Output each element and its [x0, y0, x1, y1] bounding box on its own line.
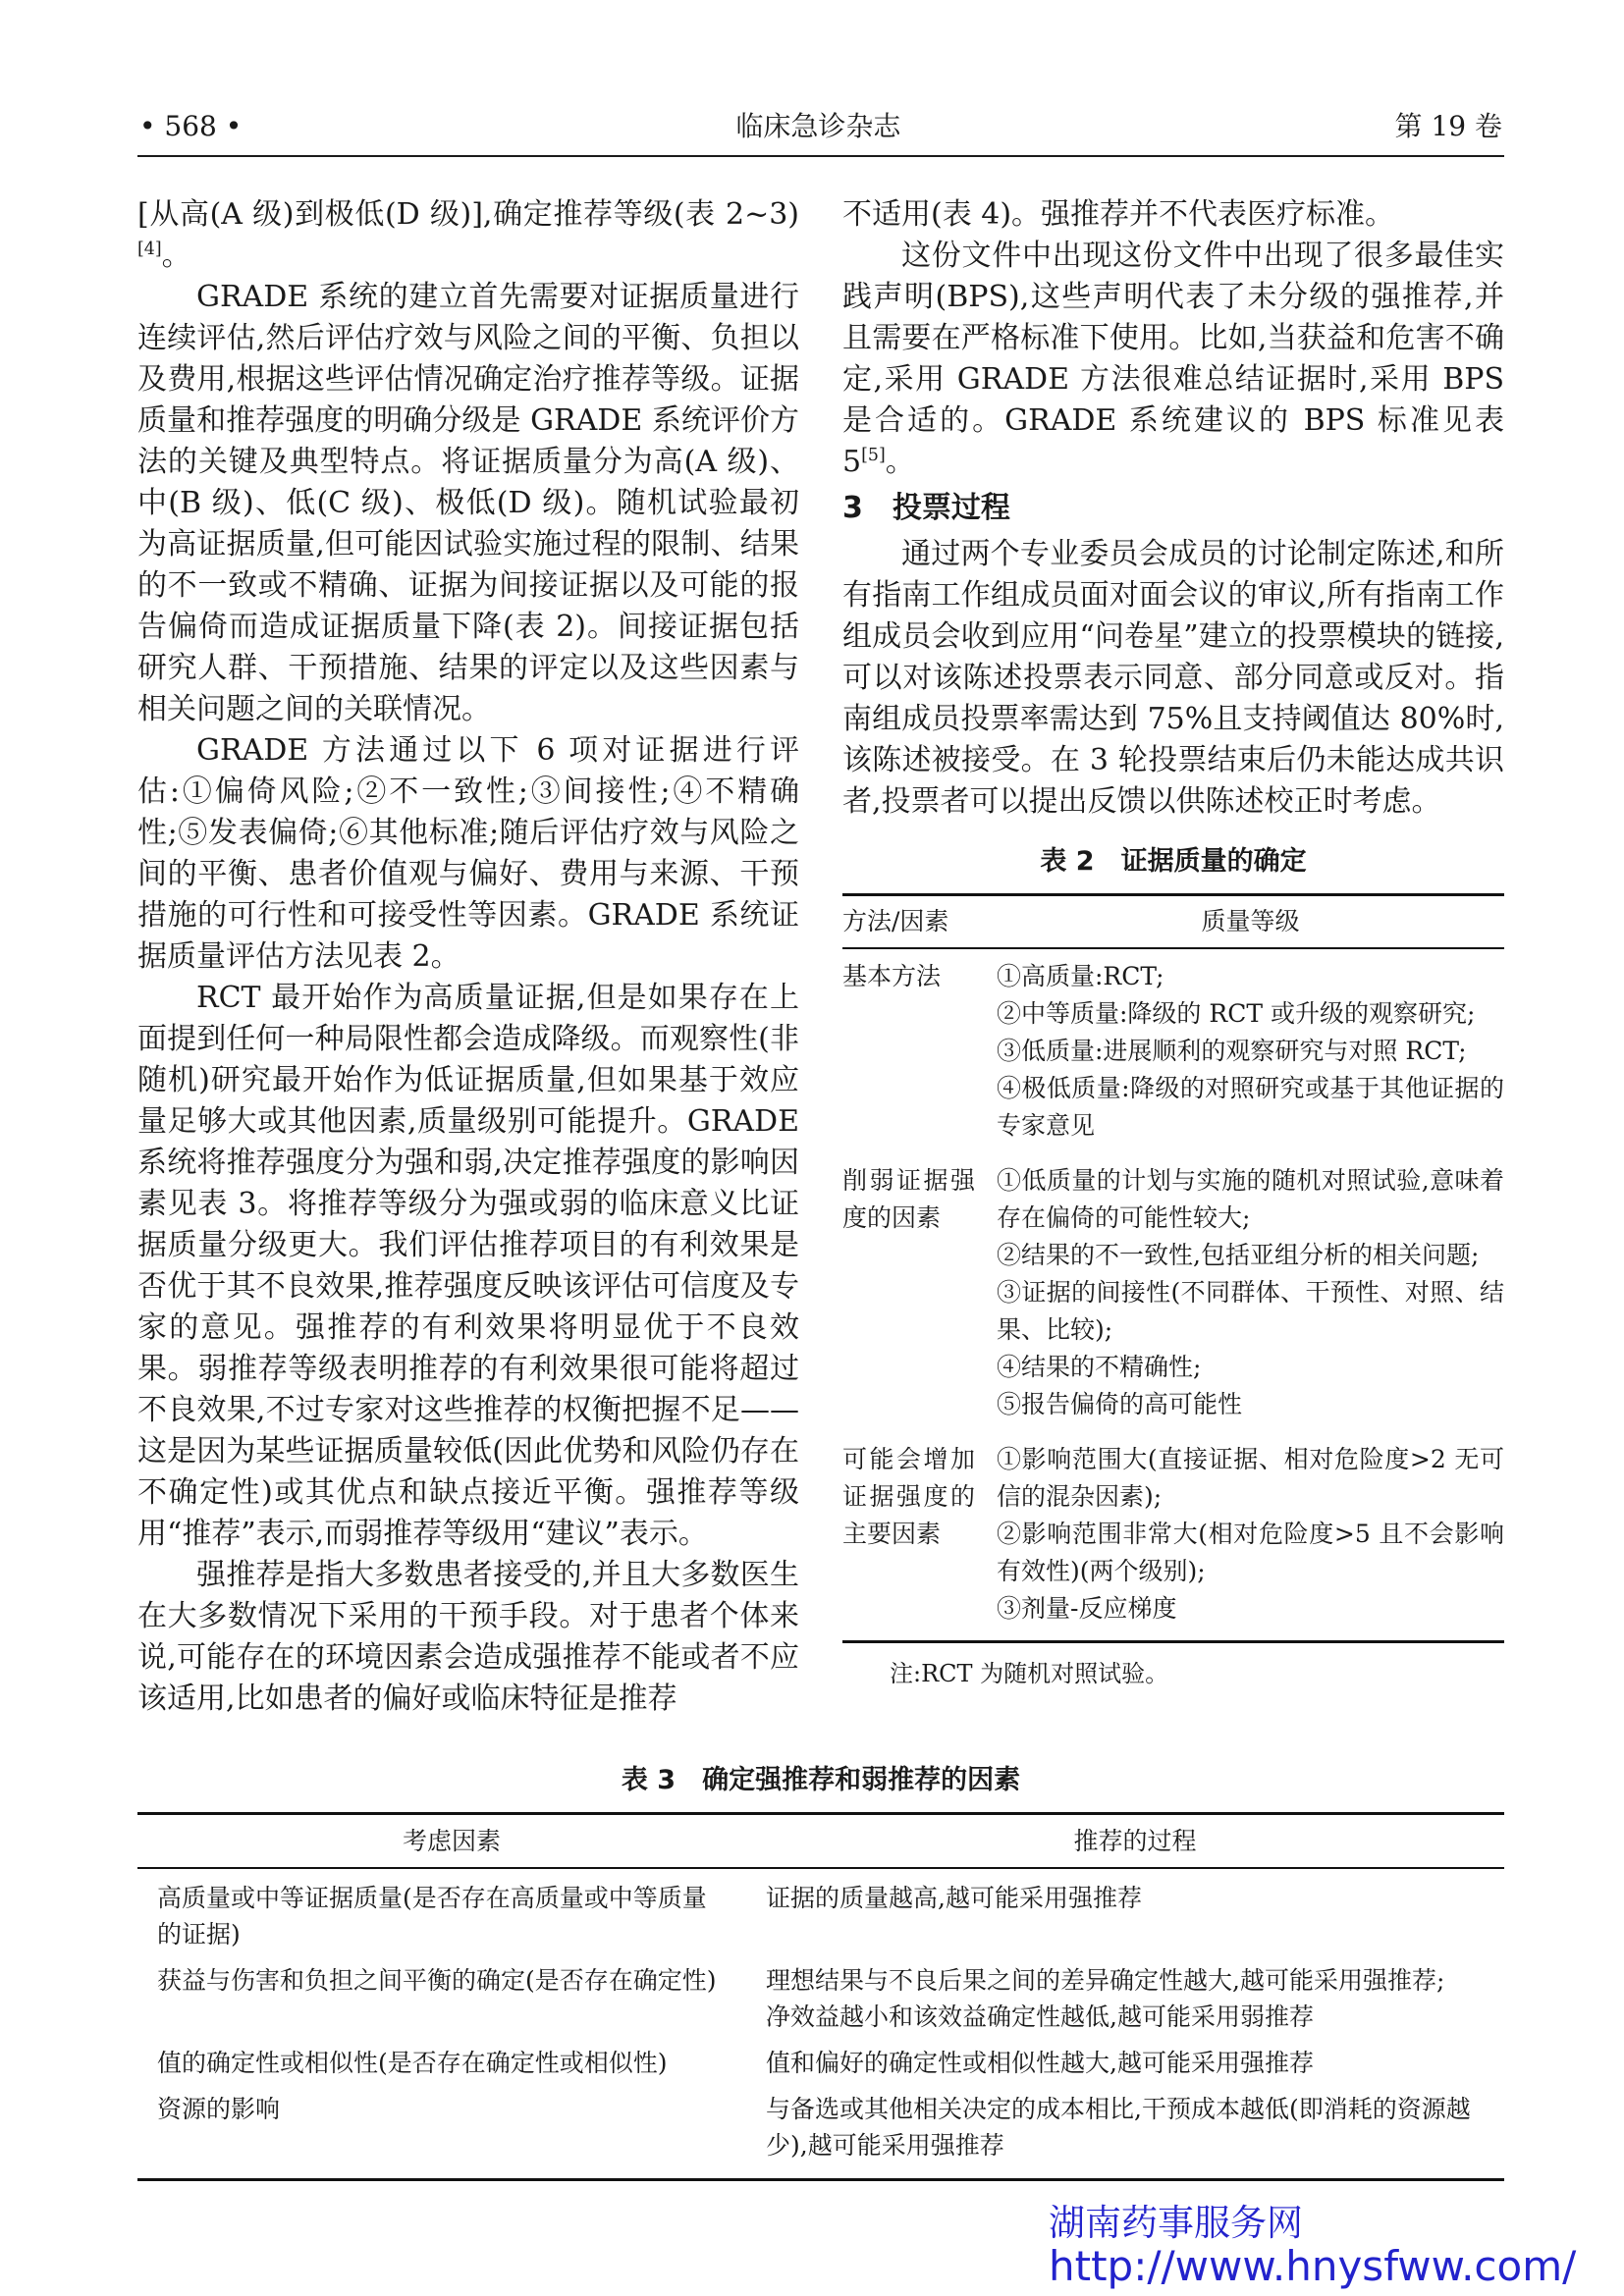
table-3-title: 表 3 确定强推荐和弱推荐的因素	[137, 1765, 1504, 1796]
process-line: 证据的质量越高,越可能采用强推荐	[766, 1880, 1504, 1916]
table-cell-items: ①低质量的计划与实施的随机对照试验,意味着存在偏倚的可能性较大; ②结果的不一致…	[997, 1162, 1504, 1423]
table-row: 值的确定性或相似性(是否存在确定性或相似性) 值和偏好的确定性或相似性越大,越可…	[137, 2040, 1504, 2086]
process-line: 理想结果与不良后果之间的差异确定性越大,越可能采用强推荐;	[766, 1962, 1504, 1999]
list-item: ⑤报告偏倚的高可能性	[997, 1386, 1504, 1423]
running-header: • 568 • 临床急诊杂志 第 19 卷	[137, 110, 1504, 157]
paragraph-text: [从高(A 级)到极低(D 级)],确定推荐等级(表 2~3)	[137, 197, 799, 232]
paragraph-text: 。	[886, 445, 915, 479]
table-2-header-quality: 质量等级	[997, 903, 1504, 940]
table-cell-factor: 资源的影响	[137, 2091, 766, 2163]
table-evidence-quality: 表 2 证据质量的确定 方法/因素 质量等级 基本方法 ①高质量:RCT; ②中…	[842, 846, 1504, 1690]
list-item: ①高质量:RCT;	[997, 958, 1504, 995]
citation-ref: [4]	[137, 240, 162, 259]
table-3-header-process: 推荐的过程	[766, 1823, 1504, 1859]
list-item: ③证据的间接性(不同群体、干预性、对照、结果、比较);	[997, 1274, 1504, 1349]
list-item: ②结果的不一致性,包括亚组分析的相关问题;	[997, 1237, 1504, 1274]
table-row: 可能会增加证据强度的主要因素 ①影响范围大(直接证据、相对危险度>2 无可信的混…	[842, 1432, 1504, 1636]
right-column: 不适用(表 4)。强推荐并不代表医疗标准。 这份文件中出现这份文件中出现了很多最…	[842, 194, 1504, 1720]
table-cell-label: 削弱证据强度的因素	[842, 1162, 975, 1423]
journal-page: • 568 • 临床急诊杂志 第 19 卷 [从高(A 级)到极低(D 级)],…	[0, 0, 1624, 2296]
list-item: ①影响范围大(直接证据、相对危险度>2 无可信的混杂因素);	[997, 1441, 1504, 1516]
table-cell-items: ①影响范围大(直接证据、相对危险度>2 无可信的混杂因素); ②影响范围非常大(…	[997, 1441, 1504, 1628]
list-item: ③剂量-反应梯度	[997, 1590, 1504, 1628]
two-column-body: [从高(A 级)到极低(D 级)],确定推荐等级(表 2~3)[4]。 GRAD…	[137, 194, 1504, 1720]
table-cell-label: 可能会增加证据强度的主要因素	[842, 1441, 975, 1628]
table-recommendation-factors: 表 3 确定强推荐和弱推荐的因素 考虑因素 推荐的过程 高质量或中等证据质量(是…	[137, 1765, 1504, 2181]
watermark-site-url: http://www.hnysfww.com/	[1049, 2243, 1576, 2289]
table-cell-process: 与备选或其他相关决定的成本相比,干预成本越低(即消耗的资源越少),越可能采用强推…	[766, 2091, 1504, 2163]
paragraph-text: 这份文件中出现这份文件中出现了很多最佳实践声明(BPS),这些声明代表了未分级的…	[842, 239, 1504, 479]
list-item: ③低质量:进展顺利的观察研究与对照 RCT;	[997, 1033, 1504, 1070]
table-cell-items: ①高质量:RCT; ②中等质量:降级的 RCT 或升级的观察研究; ③低质量:进…	[997, 958, 1504, 1145]
journal-title: 临床急诊杂志	[735, 110, 900, 143]
table-cell-process: 证据的质量越高,越可能采用强推荐	[766, 1880, 1504, 1952]
footer-watermark: 湖南药事服务网 http://www.hnysfww.com/	[1049, 2203, 1576, 2289]
paragraph: 强推荐是指大多数患者接受的,并且大多数医生在大多数情况下采用的干预手段。对于患者…	[137, 1555, 799, 1720]
table-row: 资源的影响 与备选或其他相关决定的成本相比,干预成本越低(即消耗的资源越少),越…	[137, 2086, 1504, 2168]
table-cell-process: 理想结果与不良后果之间的差异确定性越大,越可能采用强推荐; 净效益越小和该效益确…	[766, 1962, 1504, 2035]
page-number: • 568 •	[139, 110, 242, 143]
list-item: ②中等质量:降级的 RCT 或升级的观察研究;	[997, 995, 1504, 1033]
table-3-header-row: 考虑因素 推荐的过程	[137, 1812, 1504, 1869]
list-item: ④极低质量:降级的对照研究或基于其他证据的专家意见	[997, 1070, 1504, 1145]
page-content: • 568 • 临床急诊杂志 第 19 卷 [从高(A 级)到极低(D 级)],…	[137, 110, 1504, 2181]
process-line: 值和偏好的确定性或相似性越大,越可能采用强推荐	[766, 2045, 1504, 2081]
table-cell-factor: 高质量或中等证据质量(是否存在高质量或中等质量的证据)	[137, 1880, 766, 1952]
table-2-header-method: 方法/因素	[842, 903, 975, 940]
table-3-body: 高质量或中等证据质量(是否存在高质量或中等质量的证据) 证据的质量越高,越可能采…	[137, 1869, 1504, 2181]
table-2-header-row: 方法/因素 质量等级	[842, 893, 1504, 949]
list-item: ①低质量的计划与实施的随机对照试验,意味着存在偏倚的可能性较大;	[997, 1162, 1504, 1237]
process-line: 净效益越小和该效益确定性越低,越可能采用弱推荐	[766, 1999, 1504, 2035]
process-line: 与备选或其他相关决定的成本相比,干预成本越低(即消耗的资源越少),越可能采用强推…	[766, 2091, 1504, 2163]
table-row: 削弱证据强度的因素 ①低质量的计划与实施的随机对照试验,意味着存在偏倚的可能性较…	[842, 1153, 1504, 1432]
paragraph-continuation: [从高(A 级)到极低(D 级)],确定推荐等级(表 2~3)[4]。	[137, 194, 799, 277]
table-2-title: 表 2 证据质量的确定	[842, 846, 1504, 878]
volume-label: 第 19 卷	[1395, 110, 1502, 143]
left-column: [从高(A 级)到极低(D 级)],确定推荐等级(表 2~3)[4]。 GRAD…	[137, 194, 799, 1720]
paragraph-continuation: 不适用(表 4)。强推荐并不代表医疗标准。	[842, 194, 1504, 236]
paragraph: GRADE 方法通过以下 6 项对证据进行评估:①偏倚风险;②不一致性;③间接性…	[137, 730, 799, 978]
paragraph: RCT 最开始作为高质量证据,但是如果存在上面提到任何一种局限性都会造成降级。而…	[137, 978, 799, 1555]
paragraph: 这份文件中出现这份文件中出现了很多最佳实践声明(BPS),这些声明代表了未分级的…	[842, 236, 1504, 483]
list-item: ②影响范围非常大(相对危险度>5 且不会影响有效性)(两个级别);	[997, 1516, 1504, 1590]
table-2-note: 注:RCT 为随机对照试验。	[842, 1657, 1504, 1690]
table-cell-factor: 值的确定性或相似性(是否存在确定性或相似性)	[137, 2045, 766, 2081]
table-3-header-factor: 考虑因素	[137, 1823, 766, 1859]
table-cell-label: 基本方法	[842, 958, 975, 1145]
paragraph-text: 。	[162, 239, 191, 273]
paragraph: GRADE 系统的建立首先需要对证据质量进行连续评估,然后评估疗效与风险之间的平…	[137, 277, 799, 730]
table-2-body: 基本方法 ①高质量:RCT; ②中等质量:降级的 RCT 或升级的观察研究; ③…	[842, 949, 1504, 1643]
table-cell-factor: 获益与伤害和负担之间平衡的确定(是否存在确定性)	[137, 1962, 766, 2035]
watermark-site-name: 湖南药事服务网	[1049, 2203, 1576, 2243]
table-row: 基本方法 ①高质量:RCT; ②中等质量:降级的 RCT 或升级的观察研究; ③…	[842, 949, 1504, 1153]
paragraph: 通过两个专业委员会成员的讨论制定陈述,和所有指南工作组成员面对面会议的审议,所有…	[842, 534, 1504, 823]
table-cell-process: 值和偏好的确定性或相似性越大,越可能采用强推荐	[766, 2045, 1504, 2081]
citation-ref: [5]	[861, 446, 886, 465]
list-item: ④结果的不精确性;	[997, 1349, 1504, 1386]
table-row: 高质量或中等证据质量(是否存在高质量或中等质量的证据) 证据的质量越高,越可能采…	[137, 1875, 1504, 1957]
table-row: 获益与伤害和负担之间平衡的确定(是否存在确定性) 理想结果与不良后果之间的差异确…	[137, 1957, 1504, 2040]
section-heading-voting: 3 投票过程	[842, 485, 1504, 532]
